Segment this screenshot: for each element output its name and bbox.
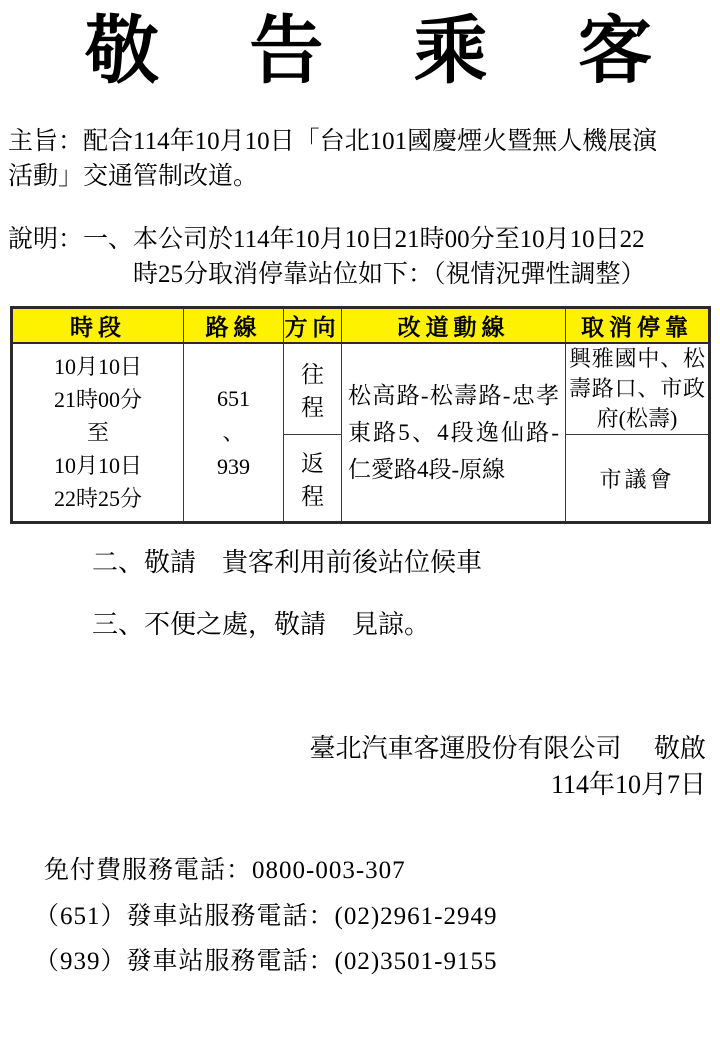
explanation-label: 說明：一、 (8, 222, 133, 292)
contact-route-939-phone: （939）發車站服務電話：(02)3501-9155 (34, 947, 497, 976)
note-item-3: 三、不便之處，敬請 見諒。 (92, 610, 430, 640)
header-detour-route: 改道動線 (342, 308, 566, 344)
table-header-row: 時段 路線 方向 改道動線 取消停靠 (12, 308, 710, 344)
notice-title: 敬告乘客 (85, 12, 652, 93)
signature-company: 臺北汽車客運股份有限公司 敬啟 (309, 731, 706, 767)
notice-page: 敬告乘客 主旨：配合114年10月10日「台北101國慶煙火暨無人機展演 活動」… (0, 0, 720, 1040)
direction-return-cell: 返程 (284, 435, 342, 523)
detour-route-cell: 松高路-松壽路-忠孝東路5、4段逸仙路-仁愛路4段-原線 (342, 343, 566, 523)
contact-toll-free-phone: 免付費服務電話：0800-003-307 (44, 856, 406, 885)
routes-cell: 651 、 939 (184, 343, 284, 523)
contact-route-651-phone: （651）發車站服務電話：(02)2961-2949 (34, 902, 497, 931)
table-row: 10月10日 21時00分 至 10月10日 22時25分 651 、 939 … (12, 343, 710, 435)
signature-block: 臺北汽車客運股份有限公司 敬啟 114年10月7日 (309, 731, 706, 803)
signature-date: 114年10月7日 (309, 767, 706, 803)
detour-table: 時段 路線 方向 改道動線 取消停靠 10月10日 21時00分 至 10月10… (10, 306, 711, 524)
cancelled-stops-outbound-cell: 興雅國中、松壽路口、市政府(松壽) (566, 343, 710, 435)
header-direction: 方向 (284, 308, 342, 344)
explanation-text: 本公司於114年10月10日21時00分至10月10日22 時25分取消停靠站位… (133, 222, 646, 292)
subject-paragraph: 主旨：配合114年10月10日「台北101國慶煙火暨無人機展演 活動」交通管制改… (8, 124, 714, 194)
cancelled-stops-return-cell: 市議會 (566, 435, 710, 523)
note-item-2: 二、敬請 貴客利用前後站位候車 (92, 548, 482, 578)
time-period-cell: 10月10日 21時00分 至 10月10日 22時25分 (12, 343, 184, 523)
header-cancelled-stops: 取消停靠 (566, 308, 710, 344)
explanation-paragraph: 說明：一、 本公司於114年10月10日21時00分至10月10日22 時25分… (8, 222, 716, 292)
header-time-period: 時段 (12, 308, 184, 344)
header-route: 路線 (184, 308, 284, 344)
direction-outbound-cell: 往程 (284, 343, 342, 435)
